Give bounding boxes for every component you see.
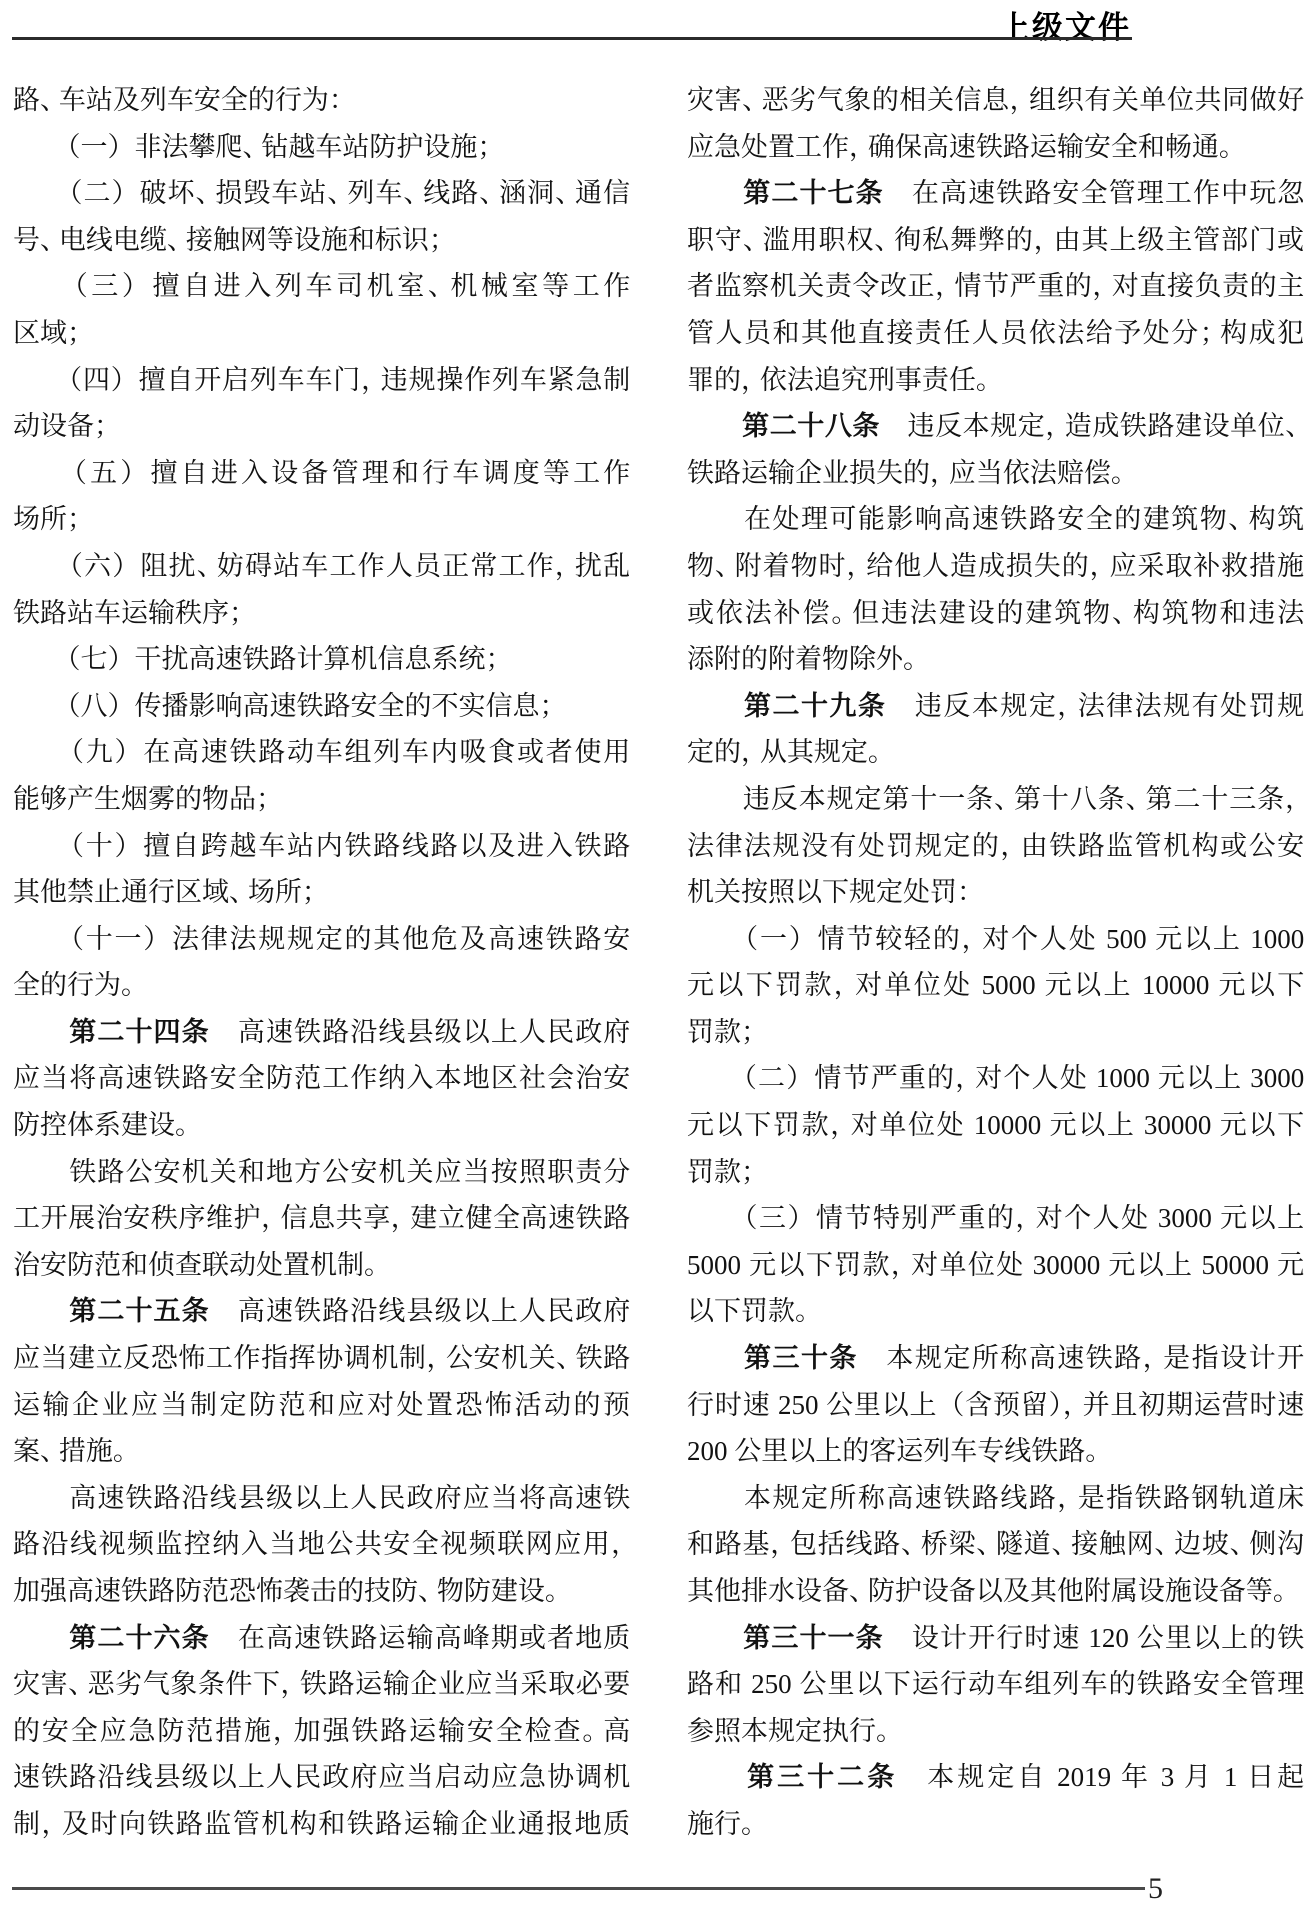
header-rule	[12, 37, 1132, 40]
text-run: 全的行为。	[13, 970, 140, 1000]
text-run: 本规定所称高速铁路线路，是指铁路钢轨道床	[687, 1483, 1304, 1513]
text-run: 违反本规定，法律法规有处罚规	[886, 691, 1304, 721]
text-run: 路、车站及列车安全的行为：	[13, 85, 348, 115]
text-line: 第三十条 本规定所称高速铁路，是指设计开	[687, 1335, 1304, 1382]
text-line: 全的行为。	[13, 962, 630, 1009]
text-line: 以下罚款。	[687, 1288, 1304, 1335]
text-run: 物、附着物时，给他人造成损失的，应采取补救措施	[687, 551, 1304, 581]
text-run: （十一）法律法规规定的其他危及高速铁路安	[13, 924, 630, 954]
article-number: 第二十八条	[687, 411, 880, 442]
text-line: 铁路运输企业损失的，应当依法赔偿。	[687, 450, 1304, 497]
text-line: （四）擅自开启列车车门，违规操作列车紧急制	[13, 357, 630, 404]
text-line: 添附的附着物除外。	[687, 636, 1304, 683]
text-run: 违反本规定第十一条、第十八条、第二十三条，	[687, 784, 1304, 814]
text-line: 在处理可能影响高速铁路安全的建筑物、构筑	[687, 496, 1304, 543]
text-run: 路沿线视频监控纳入当地公共安全视频联网应用，	[13, 1529, 630, 1559]
text-run: 加强高速铁路防范恐怖袭击的技防、物防建设。	[13, 1576, 564, 1606]
text-line: 区域；	[13, 310, 630, 357]
text-run: 违反本规定，造成铁路建设单位、	[880, 411, 1304, 441]
text-line: 元以下罚款，对单位处 5000 元以上 10000 元以下	[687, 962, 1304, 1009]
text-run: 罚款；	[687, 1017, 760, 1047]
text-run: （二）破坏、损毁车站、列车、线路、涵洞、通信信	[13, 178, 630, 217]
text-line: 行时速 250 公里以上（含预留），并且初期运营时速	[687, 1382, 1304, 1429]
text-run: 治安防范和侦查联动处置机制。	[13, 1250, 383, 1280]
text-run: 施行。	[687, 1809, 760, 1839]
text-run: 管人员和其他直接责任人员依法给予处分；构成犯	[687, 318, 1304, 348]
text-line: （五）擅自进入设备管理和行车调度等工作	[13, 450, 630, 497]
text-run: 200 公里以上的客运列车专线铁路。	[687, 1436, 1104, 1466]
text-line: 施行。	[687, 1801, 1304, 1848]
column-left: 路、车站及列车安全的行为： （一）非法攀爬、钻越车站防护设施； （二）破坏、损毁…	[13, 77, 630, 1848]
text-line: （七）干扰高速铁路计算机信息系统；	[13, 636, 630, 683]
text-line: 工开展治安秩序维护，信息共享，建立健全高速铁路	[13, 1195, 630, 1242]
text-line: （三）情节特别严重的，对个人处 3000 元以上	[687, 1195, 1304, 1242]
text-run: 本规定自 2019 年 3 月 1 日起	[897, 1762, 1304, 1792]
text-run: 铁路公安机关和地方公安机关应当按照职责分	[13, 1157, 630, 1187]
text-line: 铁路站车运输秩序；	[13, 590, 630, 637]
text-run: 元以下罚款，对单位处 10000 元以上 30000 元以下	[687, 1110, 1304, 1140]
text-line: 的安全应急防范措施，加强铁路运输安全检查。高	[13, 1708, 630, 1755]
text-line: 第二十七条 在高速铁路安全管理工作中玩忽	[687, 170, 1304, 217]
text-run: 应当将高速铁路安全防范工作纳入本地区社会治安	[13, 1063, 630, 1093]
text-line: 路、车站及列车安全的行为：	[13, 77, 630, 124]
text-run: 制，及时向铁路监管机构和铁路运输企业通报地质	[13, 1809, 630, 1839]
text-line: 第二十九条 违反本规定，法律法规有处罚规	[687, 683, 1304, 730]
text-run: 在处理可能影响高速铁路安全的建筑物、构筑	[687, 504, 1304, 534]
text-run: （九）在高速铁路动车组列车内吸食或者使用	[13, 737, 630, 767]
text-run: 防控体系建设。	[13, 1110, 194, 1140]
text-run: 其他排水设备、防护设备以及其他附属设施设备等。	[687, 1576, 1292, 1606]
text-line: 案、措施。	[13, 1428, 630, 1475]
text-run: 在高速铁路运输高峰期或者地质	[210, 1623, 630, 1653]
article-number: 第三十二条	[687, 1762, 897, 1793]
page-header-title: 上级文件	[0, 2, 1131, 47]
text-line: （二）情节严重的，对个人处 1000 元以上 3000	[687, 1055, 1304, 1102]
text-run: 定的，从其规定。	[687, 737, 887, 767]
text-line: 罚款；	[687, 1009, 1304, 1056]
text-line: （一）情节较轻的，对个人处 500 元以上 1000	[687, 916, 1304, 963]
text-line: 第二十六条 在高速铁路运输高峰期或者地质	[13, 1615, 630, 1662]
text-line: 机关按照以下规定处罚：	[687, 869, 1304, 916]
text-run: 高速铁路沿线县级以上人民政府	[210, 1017, 630, 1047]
text-line: 灾害、恶劣气象的相关信息，组织有关单位共同做好	[687, 77, 1304, 124]
text-line: 能够产生烟雾的物品；	[13, 776, 630, 823]
text-line: 第二十五条 高速铁路沿线县级以上人民政府	[13, 1288, 630, 1335]
text-run: 罚款；	[687, 1157, 760, 1187]
text-line: 罚款；	[687, 1149, 1304, 1196]
text-line: 本规定所称高速铁路线路，是指铁路钢轨道床	[687, 1475, 1304, 1522]
text-line: 治安防范和侦查联动处置机制。	[13, 1242, 630, 1289]
text-run: 铁路站车运输秩序；	[13, 598, 248, 628]
text-line: 动设备；	[13, 403, 630, 450]
text-run: （五）擅自进入设备管理和行车调度等工作	[13, 458, 630, 488]
text-line: 防控体系建设。	[13, 1102, 630, 1149]
text-run: 灾害、恶劣气象条件下，铁路运输企业应当采取必要	[13, 1669, 630, 1699]
text-line: 场所；	[13, 496, 630, 543]
text-run: （七）干扰高速铁路计算机信息系统；	[13, 644, 504, 674]
text-run: 者监察机关责令改正，情节严重的，对直接负责的主	[687, 271, 1304, 301]
text-run: 区域；	[13, 318, 86, 348]
footer-rule	[12, 1887, 1145, 1890]
text-run: 添附的附着物除外。	[687, 644, 922, 674]
text-line: 第二十四条 高速铁路沿线县级以上人民政府	[13, 1009, 630, 1056]
text-line: 路沿线视频监控纳入当地公共安全视频联网应用，	[13, 1521, 630, 1568]
text-run: 能够产生烟雾的物品；	[13, 784, 275, 814]
text-line: 200 公里以上的客运列车专线铁路。	[687, 1428, 1304, 1475]
text-run: （一）情节较轻的，对个人处 500 元以上 1000	[687, 924, 1304, 954]
article-number: 第二十四条	[13, 1017, 210, 1048]
text-run: 或依法补偿。但违法建设的建筑物、构筑物和违法	[687, 598, 1304, 628]
text-run: 以下罚款。	[687, 1296, 814, 1326]
text-line: 第二十八条 违反本规定，造成铁路建设单位、	[687, 403, 1304, 450]
text-line: （十一）法律法规规定的其他危及高速铁路安	[13, 916, 630, 963]
text-run: 元以下罚款，对单位处 5000 元以上 10000 元以下	[687, 970, 1304, 1000]
text-line: （九）在高速铁路动车组列车内吸食或者使用	[13, 729, 630, 776]
text-run: （六）阻扰、妨碍站车工作人员正常工作，扰乱	[13, 551, 630, 581]
text-line: 管人员和其他直接责任人员依法给予处分；构成犯	[687, 310, 1304, 357]
text-line: 高速铁路沿线县级以上人民政府应当将高速铁	[13, 1475, 630, 1522]
document-page: 上级文件 路、车站及列车安全的行为： （一）非法攀爬、钻越车站防护设施； （二）…	[0, 0, 1315, 1924]
text-run: 在高速铁路安全管理工作中玩忽	[884, 178, 1304, 208]
text-line: 运输企业应当制定防范和应对处置恐怖活动的预	[13, 1382, 630, 1429]
text-line: （一）非法攀爬、钻越车站防护设施；	[13, 124, 630, 171]
text-run: 5000 元以下罚款，对单位处 30000 元以上 50000 元	[687, 1250, 1304, 1280]
text-line: 第三十二条 本规定自 2019 年 3 月 1 日起	[687, 1754, 1304, 1801]
text-line: 应当建立反恐怖工作指挥协调机制，公安机关、铁路	[13, 1335, 630, 1382]
article-number: 第三十条	[687, 1343, 858, 1374]
article-number: 第二十六条	[13, 1623, 210, 1654]
text-line: 违反本规定第十一条、第十八条、第二十三条，	[687, 776, 1304, 823]
text-line: （十）擅自跨越车站内铁路线路以及进入铁路	[13, 823, 630, 870]
text-line: （六）阻扰、妨碍站车工作人员正常工作，扰乱	[13, 543, 630, 590]
column-right: 灾害、恶劣气象的相关信息，组织有关单位共同做好应急处置工作，确保高速铁路运输安全…	[687, 77, 1304, 1848]
article-number: 第二十五条	[13, 1296, 210, 1327]
text-run: 和路基，包括线路、桥梁、隧道、接触网、边坡、侧沟及	[687, 1529, 1304, 1568]
text-run: 其他禁止通行区域、场所；	[13, 877, 321, 907]
text-line: 5000 元以下罚款，对单位处 30000 元以上 50000 元	[687, 1242, 1304, 1289]
text-line: 第三十一条 设计开行时速 120 公里以上的铁	[687, 1615, 1304, 1662]
text-run: （三）情节特别严重的，对个人处 3000 元以上	[687, 1203, 1304, 1233]
text-run: 案、措施。	[13, 1436, 132, 1466]
text-line: （二）破坏、损毁车站、列车、线路、涵洞、通信信	[13, 170, 630, 217]
text-run: 行时速 250 公里以上（含预留），并且初期运营时速	[687, 1390, 1304, 1420]
text-run: 职守、滥用职权、徇私舞弊的，由其上级主管部门或	[687, 225, 1304, 255]
text-run: （十）擅自跨越车站内铁路线路以及进入铁路	[13, 831, 630, 861]
text-line: （八）传播影响高速铁路安全的不实信息；	[13, 683, 630, 730]
text-line: 定的，从其规定。	[687, 729, 1304, 776]
text-run: （四）擅自开启列车车门，违规操作列车紧急制	[13, 365, 630, 395]
text-run: 本规定所称高速铁路，是指设计开	[858, 1343, 1304, 1373]
text-run: 运输企业应当制定防范和应对处置恐怖活动的预	[13, 1390, 630, 1420]
text-line: （三）擅自进入列车司机室、机械室等工作	[13, 263, 630, 310]
text-run: 应当建立反恐怖工作指挥协调机制，公安机关、铁路	[13, 1343, 630, 1373]
text-run: （二）情节严重的，对个人处 1000 元以上 3000	[687, 1063, 1304, 1093]
text-run: 机关按照以下规定处罚：	[687, 877, 976, 907]
text-run: （八）传播影响高速铁路安全的不实信息；	[13, 691, 558, 721]
text-line: 职守、滥用职权、徇私舞弊的，由其上级主管部门或	[687, 217, 1304, 264]
text-run: 罪的，依法追究刑事责任。	[687, 365, 995, 395]
text-line: 制，及时向铁路监管机构和铁路运输企业通报地质	[13, 1801, 630, 1848]
text-line: 加强高速铁路防范恐怖袭击的技防、物防建设。	[13, 1568, 630, 1615]
text-run: （三）擅自进入列车司机室、机械室等工作	[13, 271, 630, 301]
text-run: （一）非法攀爬、钻越车站防护设施；	[13, 132, 496, 162]
text-line: 灾害、恶劣气象条件下，铁路运输企业应当采取必要	[13, 1661, 630, 1708]
text-line: 应当将高速铁路安全防范工作纳入本地区社会治安	[13, 1055, 630, 1102]
article-number: 第二十九条	[687, 691, 886, 722]
page-number: 5	[1148, 1872, 1163, 1906]
text-line: 者监察机关责令改正，情节严重的，对直接负责的主	[687, 263, 1304, 310]
text-run: 法律法规没有处罚规定的，由铁路监管机构或公安	[687, 831, 1304, 861]
text-run: 灾害、恶劣气象的相关信息，组织有关单位共同做好	[687, 85, 1304, 115]
text-run: 高速铁路沿线县级以上人民政府	[210, 1296, 630, 1326]
text-line: 元以下罚款，对单位处 10000 元以上 30000 元以下	[687, 1102, 1304, 1149]
text-run: 参照本规定执行。	[687, 1716, 895, 1746]
text-line: 号、电线电缆、接触网等设施和标识；	[13, 217, 630, 264]
text-run: 速铁路沿线县级以上人民政府应当启动应急协调机	[13, 1762, 630, 1792]
text-line: 其他排水设备、防护设备以及其他附属设施设备等。	[687, 1568, 1304, 1615]
text-run: 动设备；	[13, 411, 113, 441]
text-run: 应急处置工作，确保高速铁路运输安全和畅通。	[687, 132, 1238, 162]
text-line: 路和 250 公里以下运行动车组列车的铁路安全管理	[687, 1661, 1304, 1708]
article-number: 第二十七条	[687, 178, 884, 209]
text-run: 号、电线电缆、接触网等设施和标识；	[13, 225, 448, 255]
text-line: 法律法规没有处罚规定的，由铁路监管机构或公安	[687, 823, 1304, 870]
text-line: 铁路公安机关和地方公安机关应当按照职责分	[13, 1149, 630, 1196]
text-run: 高速铁路沿线县级以上人民政府应当将高速铁	[13, 1483, 630, 1513]
text-line: 和路基，包括线路、桥梁、隧道、接触网、边坡、侧沟及	[687, 1521, 1304, 1568]
text-line: 应急处置工作，确保高速铁路运输安全和畅通。	[687, 124, 1304, 171]
text-run: 场所；	[13, 504, 86, 534]
text-line: 其他禁止通行区域、场所；	[13, 869, 630, 916]
text-run: 铁路运输企业损失的，应当依法赔偿。	[687, 458, 1130, 488]
text-line: 罪的，依法追究刑事责任。	[687, 357, 1304, 404]
text-run: 设计开行时速 120 公里以上的铁	[884, 1623, 1304, 1653]
text-line: 物、附着物时，给他人造成损失的，应采取补救措施	[687, 543, 1304, 590]
text-run: 工开展治安秩序维护，信息共享，建立健全高速铁路	[13, 1203, 630, 1233]
article-number: 第三十一条	[687, 1623, 884, 1654]
text-line: 或依法补偿。但违法建设的建筑物、构筑物和违法	[687, 590, 1304, 637]
text-line: 速铁路沿线县级以上人民政府应当启动应急协调机	[13, 1754, 630, 1801]
text-run: 路和 250 公里以下运行动车组列车的铁路安全管理	[687, 1669, 1304, 1699]
text-run: 的安全应急防范措施，加强铁路运输安全检查。高	[13, 1716, 630, 1746]
text-line: 参照本规定执行。	[687, 1708, 1304, 1755]
